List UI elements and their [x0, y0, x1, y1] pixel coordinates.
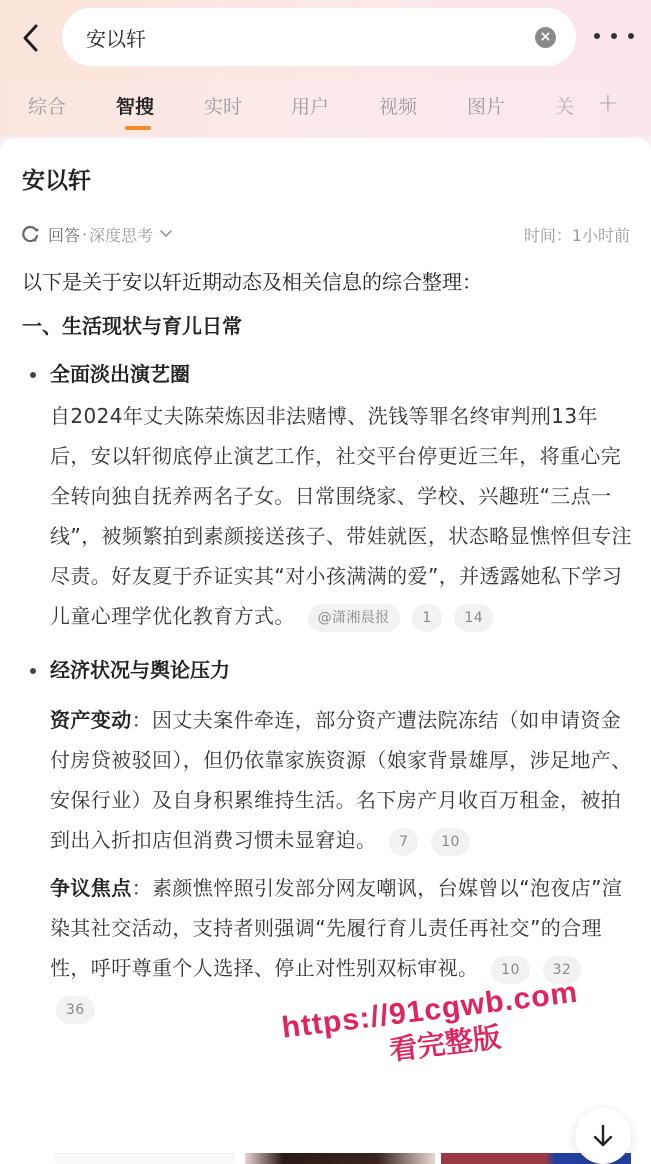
clear-search-button[interactable]: × — [535, 27, 556, 48]
bullet-paragraph: 争议焦点：素颜憔悴照引发部分网友嘲讽，台媒曾以“泡夜店”渲染其社交活动，支持者则… — [22, 868, 632, 1028]
bullet-paragraph: 资产变动：因丈夫案件牵连，部分资产遭法院冻结（如申请资金付房贷被驳回），但仍依靠… — [22, 700, 632, 860]
image-strip — [55, 1153, 631, 1164]
answer-timestamp: 时间：1小时前 — [524, 223, 630, 246]
search-input[interactable]: 安以轩 × — [62, 8, 576, 66]
smart-answer-card: 安以轩 回答 · 深度思考 时间：1小时前 以下是关于安以轩近期动态及相关信息的… — [0, 138, 651, 1164]
citation-chip[interactable]: 7 — [389, 828, 418, 856]
meta-separator: · — [82, 225, 87, 244]
image-thumbnail[interactable] — [55, 1153, 235, 1164]
back-button[interactable] — [14, 20, 46, 56]
add-tab-button[interactable]: + — [597, 88, 619, 118]
answer-content: 以下是关于安以轩近期动态及相关信息的综合整理： 一、生活现状与育儿日常 全面淡出… — [22, 260, 632, 1028]
more-dot-icon — [611, 33, 617, 39]
bullet-heading: 全面淡出演艺圈 — [22, 352, 632, 396]
paragraph-label: 争议焦点 — [50, 876, 132, 900]
answer-meta: 回答 · 深度思考 时间：1小时前 — [22, 222, 630, 246]
citation-chip[interactable]: 10 — [491, 956, 530, 984]
tab-images[interactable]: 图片 — [467, 92, 505, 119]
citation-chip[interactable]: 36 — [56, 996, 95, 1024]
more-dot-icon — [594, 33, 600, 39]
search-tabs: 综合 智搜 实时 用户 视频 图片 关 + — [0, 80, 651, 136]
chevron-left-icon — [21, 23, 39, 53]
citation-chip[interactable]: 10 — [431, 828, 470, 856]
active-tab-indicator — [125, 126, 151, 130]
tab-video[interactable]: 视频 — [379, 92, 417, 119]
card-title: 安以轩 — [22, 162, 91, 195]
citation-chip[interactable]: 1 — [412, 604, 441, 632]
refresh-icon — [22, 225, 40, 243]
bullet-heading: 经济状况与舆论压力 — [22, 648, 632, 692]
tab-comprehensive[interactable]: 综合 — [28, 92, 66, 119]
answer-intro: 以下是关于安以轩近期动态及相关信息的综合整理： — [22, 260, 632, 304]
paragraph-label: 资产变动 — [50, 708, 132, 732]
image-thumbnail[interactable] — [245, 1153, 435, 1164]
paragraph-text: ：素颜憔悴照引发部分网友嘲讽，台媒曾以“泡夜店”渲染其社交活动，支持者则强调“先… — [50, 876, 622, 980]
top-bar: 安以轩 × — [0, 0, 651, 80]
tab-related[interactable]: 关 — [555, 92, 574, 119]
paragraph-text: 自2024年丈夫陈荣炼因非法赌博、洗钱等罪名终审判刑13年后，安以轩彻底停止演艺… — [50, 404, 632, 628]
deep-thinking-toggle[interactable]: 深度思考 — [89, 223, 153, 246]
tab-users[interactable]: 用户 — [291, 92, 329, 119]
citation-chip[interactable]: 32 — [543, 956, 582, 984]
answer-label: 回答 — [48, 223, 80, 246]
more-dot-icon — [628, 33, 634, 39]
scroll-down-button[interactable] — [575, 1108, 631, 1164]
search-query[interactable]: 安以轩 — [86, 23, 146, 52]
source-chip[interactable]: @潇湘晨报 — [308, 604, 400, 632]
bullet-paragraph: 自2024年丈夫陈荣炼因非法赌博、洗钱等罪名终审判刑13年后，安以轩彻底停止演艺… — [22, 396, 632, 636]
chevron-down-icon[interactable] — [159, 229, 173, 239]
tab-smart-search[interactable]: 智搜 — [116, 92, 154, 119]
arrow-down-icon — [592, 1123, 614, 1149]
close-icon: × — [540, 29, 552, 45]
paragraph-text: ：因丈夫案件牵连，部分资产遭法院冻结（如申请资金付房贷被驳回），但仍依靠家族资源… — [50, 708, 632, 852]
more-options-button[interactable] — [594, 26, 634, 46]
section-heading: 一、生活现状与育儿日常 — [22, 304, 632, 348]
citation-chip[interactable]: 14 — [454, 604, 493, 632]
tab-realtime[interactable]: 实时 — [204, 92, 242, 119]
